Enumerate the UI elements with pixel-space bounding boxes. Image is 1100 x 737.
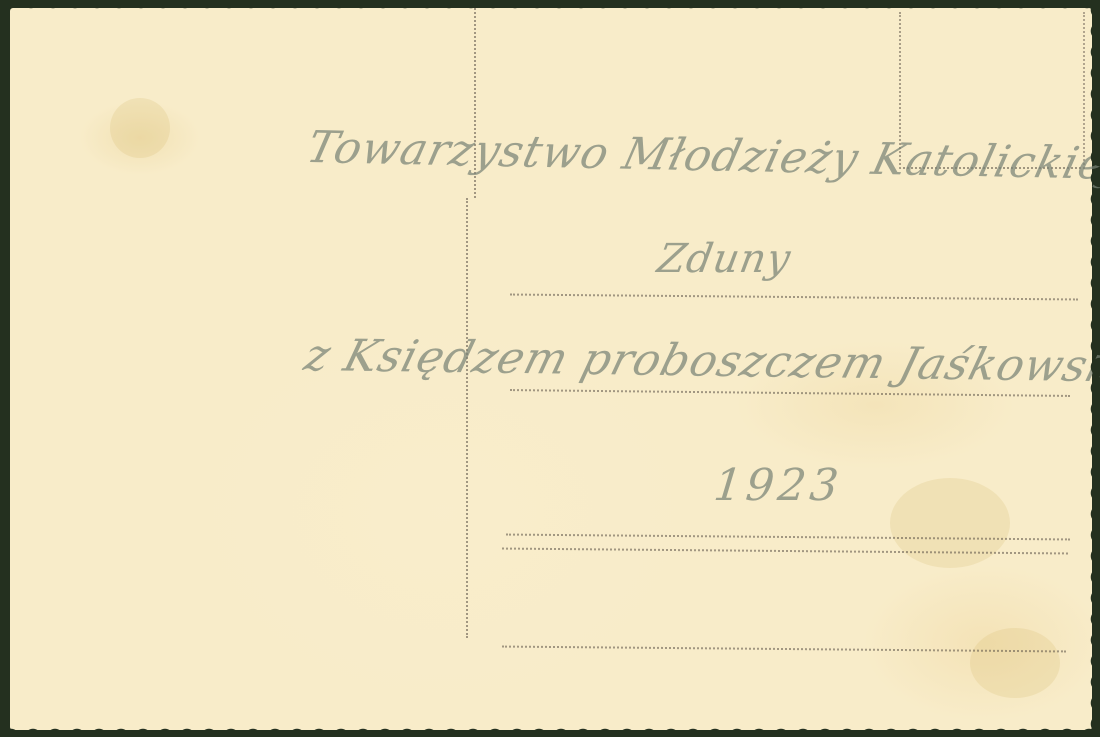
- age-stain: [890, 478, 1010, 568]
- handwriting-year: 1923: [711, 460, 844, 511]
- center-divider-lower: [466, 198, 468, 638]
- age-stain: [110, 98, 170, 158]
- postcard-scan: Towarzystwo Młodzieży Katolickiej Zduny …: [0, 0, 1100, 737]
- age-stain: [970, 628, 1060, 698]
- handwriting-line-town: Zduny: [654, 236, 795, 282]
